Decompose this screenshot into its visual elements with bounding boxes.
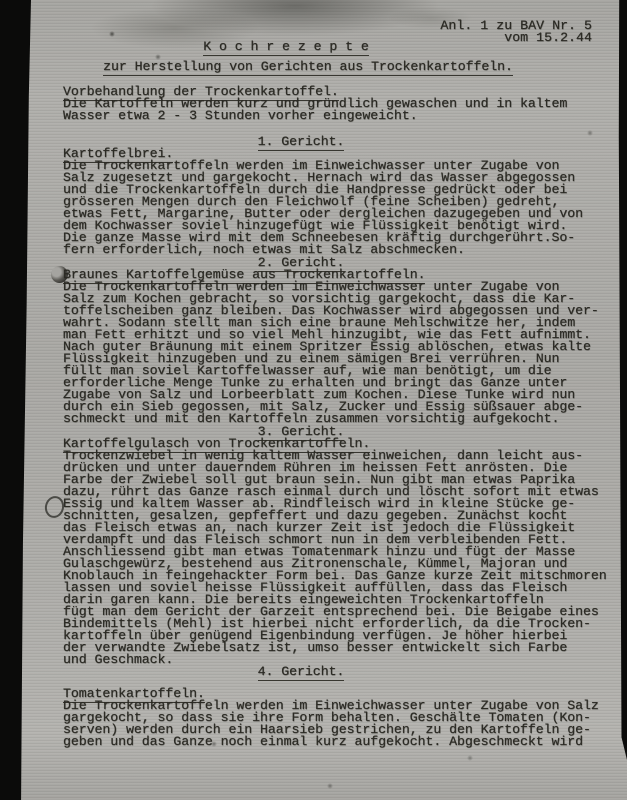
scanned-document-page: Anl. 1 zu BAV Nr. 5vom 15.2.44 K o c h r… (0, 0, 627, 800)
text-line: Wasser etwa 2 - 3 Stunden vorher eingewe… (63, 110, 615, 122)
intro-section: Vorbehandlung der Trockenkartoffel. Die … (63, 86, 615, 122)
recipe-section-4: 4. Gericht. Tomatenkartoffeln. Die Trock… (63, 666, 615, 748)
section-number-heading: 4. Gericht. (25, 666, 577, 678)
section-number-heading: 3. Gericht. (25, 426, 577, 438)
recipe-section-3: 3. Gericht. Kartoffelgulasch von Trocken… (63, 426, 615, 666)
document-subtitle: zur Herstellung von Gerichten aus Trocke… (32, 60, 584, 74)
document-title: K o c h r e z e p t e (10, 40, 562, 54)
section-number-heading: 1. Gericht. (25, 136, 577, 148)
recipe-section-1: 1. Gericht. Kartoffelbrei. Die Trockenka… (63, 136, 615, 256)
recipe-paragraph: Die Trockenkartoffeln werden im Einweich… (63, 281, 615, 425)
recipe-paragraph: Trockenzwiebel in wenig kaltem Wasser ei… (63, 450, 615, 666)
recipe-section-2: 2. Gericht. Braunes Kartoffelgemüse aus … (63, 257, 615, 425)
section-number-heading: 2. Gericht. (25, 257, 577, 269)
scan-edge-left (0, 0, 31, 800)
document-body: K o c h r e z e p t e zur Herstellung vo… (30, 0, 615, 748)
scan-edge-right (617, 0, 627, 760)
recipe-paragraph: Die Trockenkartoffeln werden im Einweich… (63, 160, 615, 256)
recipe-paragraph: Die Trockenkartoffeln werden im Einweich… (63, 700, 615, 748)
intro-paragraph: Die Kartoffeln werden kurz und gründlich… (63, 98, 615, 122)
text-line: geben und das Ganze noch einmal kurz auf… (63, 736, 615, 748)
